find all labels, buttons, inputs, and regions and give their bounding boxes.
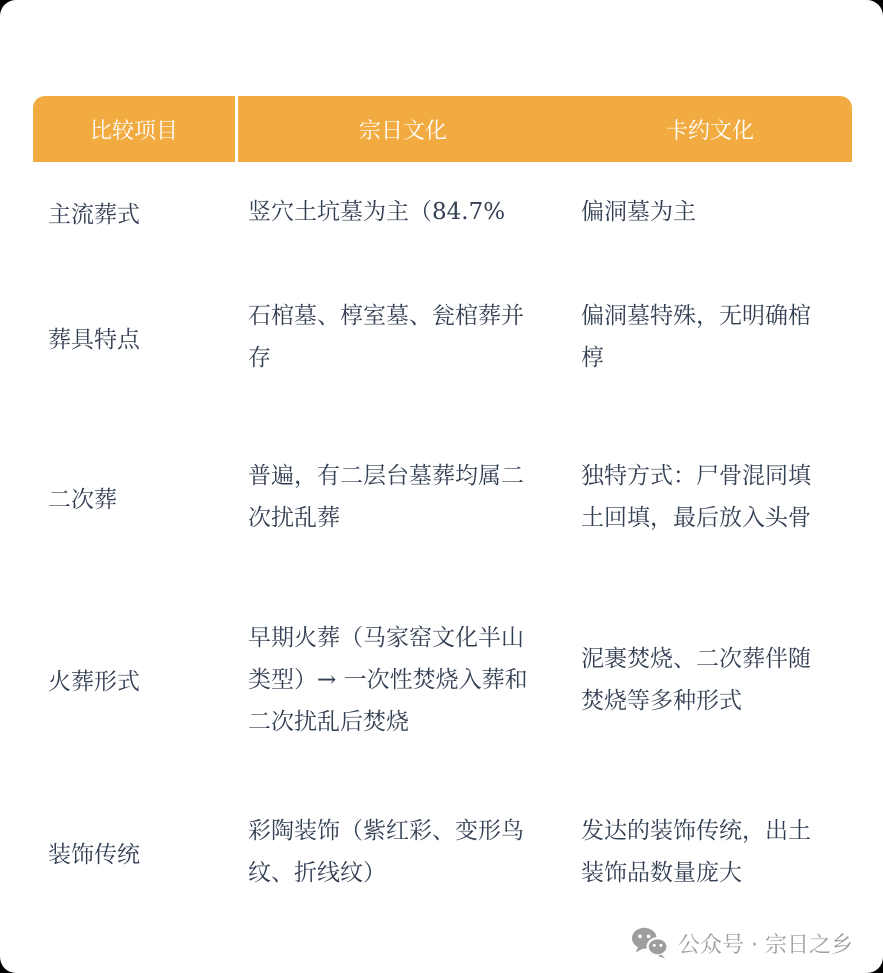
watermark-label: 公众号 · 宗日之乡: [678, 928, 853, 959]
row-label-secondary-burial: 二次葬: [33, 481, 235, 514]
wechat-icon: [631, 926, 669, 960]
row-label-burial-style: 主流葬式: [33, 196, 235, 229]
wechat-account-watermark: 公众号 · 宗日之乡: [631, 926, 853, 960]
kayue-burial-furniture: 偏洞墓特殊，无明确棺 椁: [568, 295, 852, 379]
kayue-cremation-form: 泥裹焚烧、二次葬伴随 焚烧等多种形式: [568, 638, 852, 722]
kayue-secondary-burial: 独特方式：尸骨混同填 土回填，最后放入头骨: [568, 455, 852, 539]
culture-comparison-table: 比较项目 宗日文化 卡约文化 主流葬式 竖穴土坑墓为主（84.7% 偏洞墓为主 …: [33, 96, 852, 927]
table-row: 装饰传统 彩陶装饰（紫红彩、变形鸟 纹、折线纹） 发达的装饰传统，出土 装饰品数…: [33, 777, 852, 927]
kayue-burial-style: 偏洞墓为主: [568, 191, 852, 233]
zongri-burial-furniture: 石棺墓、椁室墓、瓮棺葬并 存: [235, 295, 568, 379]
comparison-table-card: 比较项目 宗日文化 卡约文化 主流葬式 竖穴土坑墓为主（84.7% 偏洞墓为主 …: [0, 0, 883, 973]
table-row: 主流葬式 竖穴土坑墓为主（84.7% 偏洞墓为主: [33, 162, 852, 262]
header-compare-item: 比较项目: [33, 96, 235, 162]
table-row: 二次葬 普遍，有二层台墓葬均属二 次扰乱葬 独特方式：尸骨混同填 土回填，最后放…: [33, 412, 852, 582]
row-label-cremation-form: 火葬形式: [33, 663, 235, 696]
table-header-row: 比较项目 宗日文化 卡约文化: [33, 96, 852, 162]
zongri-burial-style: 竖穴土坑墓为主（84.7%: [235, 191, 568, 233]
table-row: 葬具特点 石棺墓、椁室墓、瓮棺葬并 存 偏洞墓特殊，无明确棺 椁: [33, 262, 852, 412]
kayue-decoration-tradition: 发达的装饰传统，出土 装饰品数量庞大: [568, 810, 852, 894]
row-label-decoration-tradition: 装饰传统: [33, 836, 235, 869]
zongri-secondary-burial: 普遍，有二层台墓葬均属二 次扰乱葬: [235, 455, 568, 539]
header-kayue-culture: 卡约文化: [568, 96, 852, 162]
row-label-burial-furniture: 葬具特点: [33, 321, 235, 354]
header-culture-group: 宗日文化 卡约文化: [238, 96, 852, 162]
zongri-decoration-tradition: 彩陶装饰（紫红彩、变形鸟 纹、折线纹）: [235, 810, 568, 894]
zongri-cremation-form: 早期火葬（马家窑文化半山 类型）→ 一次性焚烧入葬和 二次扰乱后焚烧: [235, 617, 568, 743]
table-row: 火葬形式 早期火葬（马家窑文化半山 类型）→ 一次性焚烧入葬和 二次扰乱后焚烧 …: [33, 582, 852, 777]
header-zongri-culture: 宗日文化: [238, 96, 568, 162]
